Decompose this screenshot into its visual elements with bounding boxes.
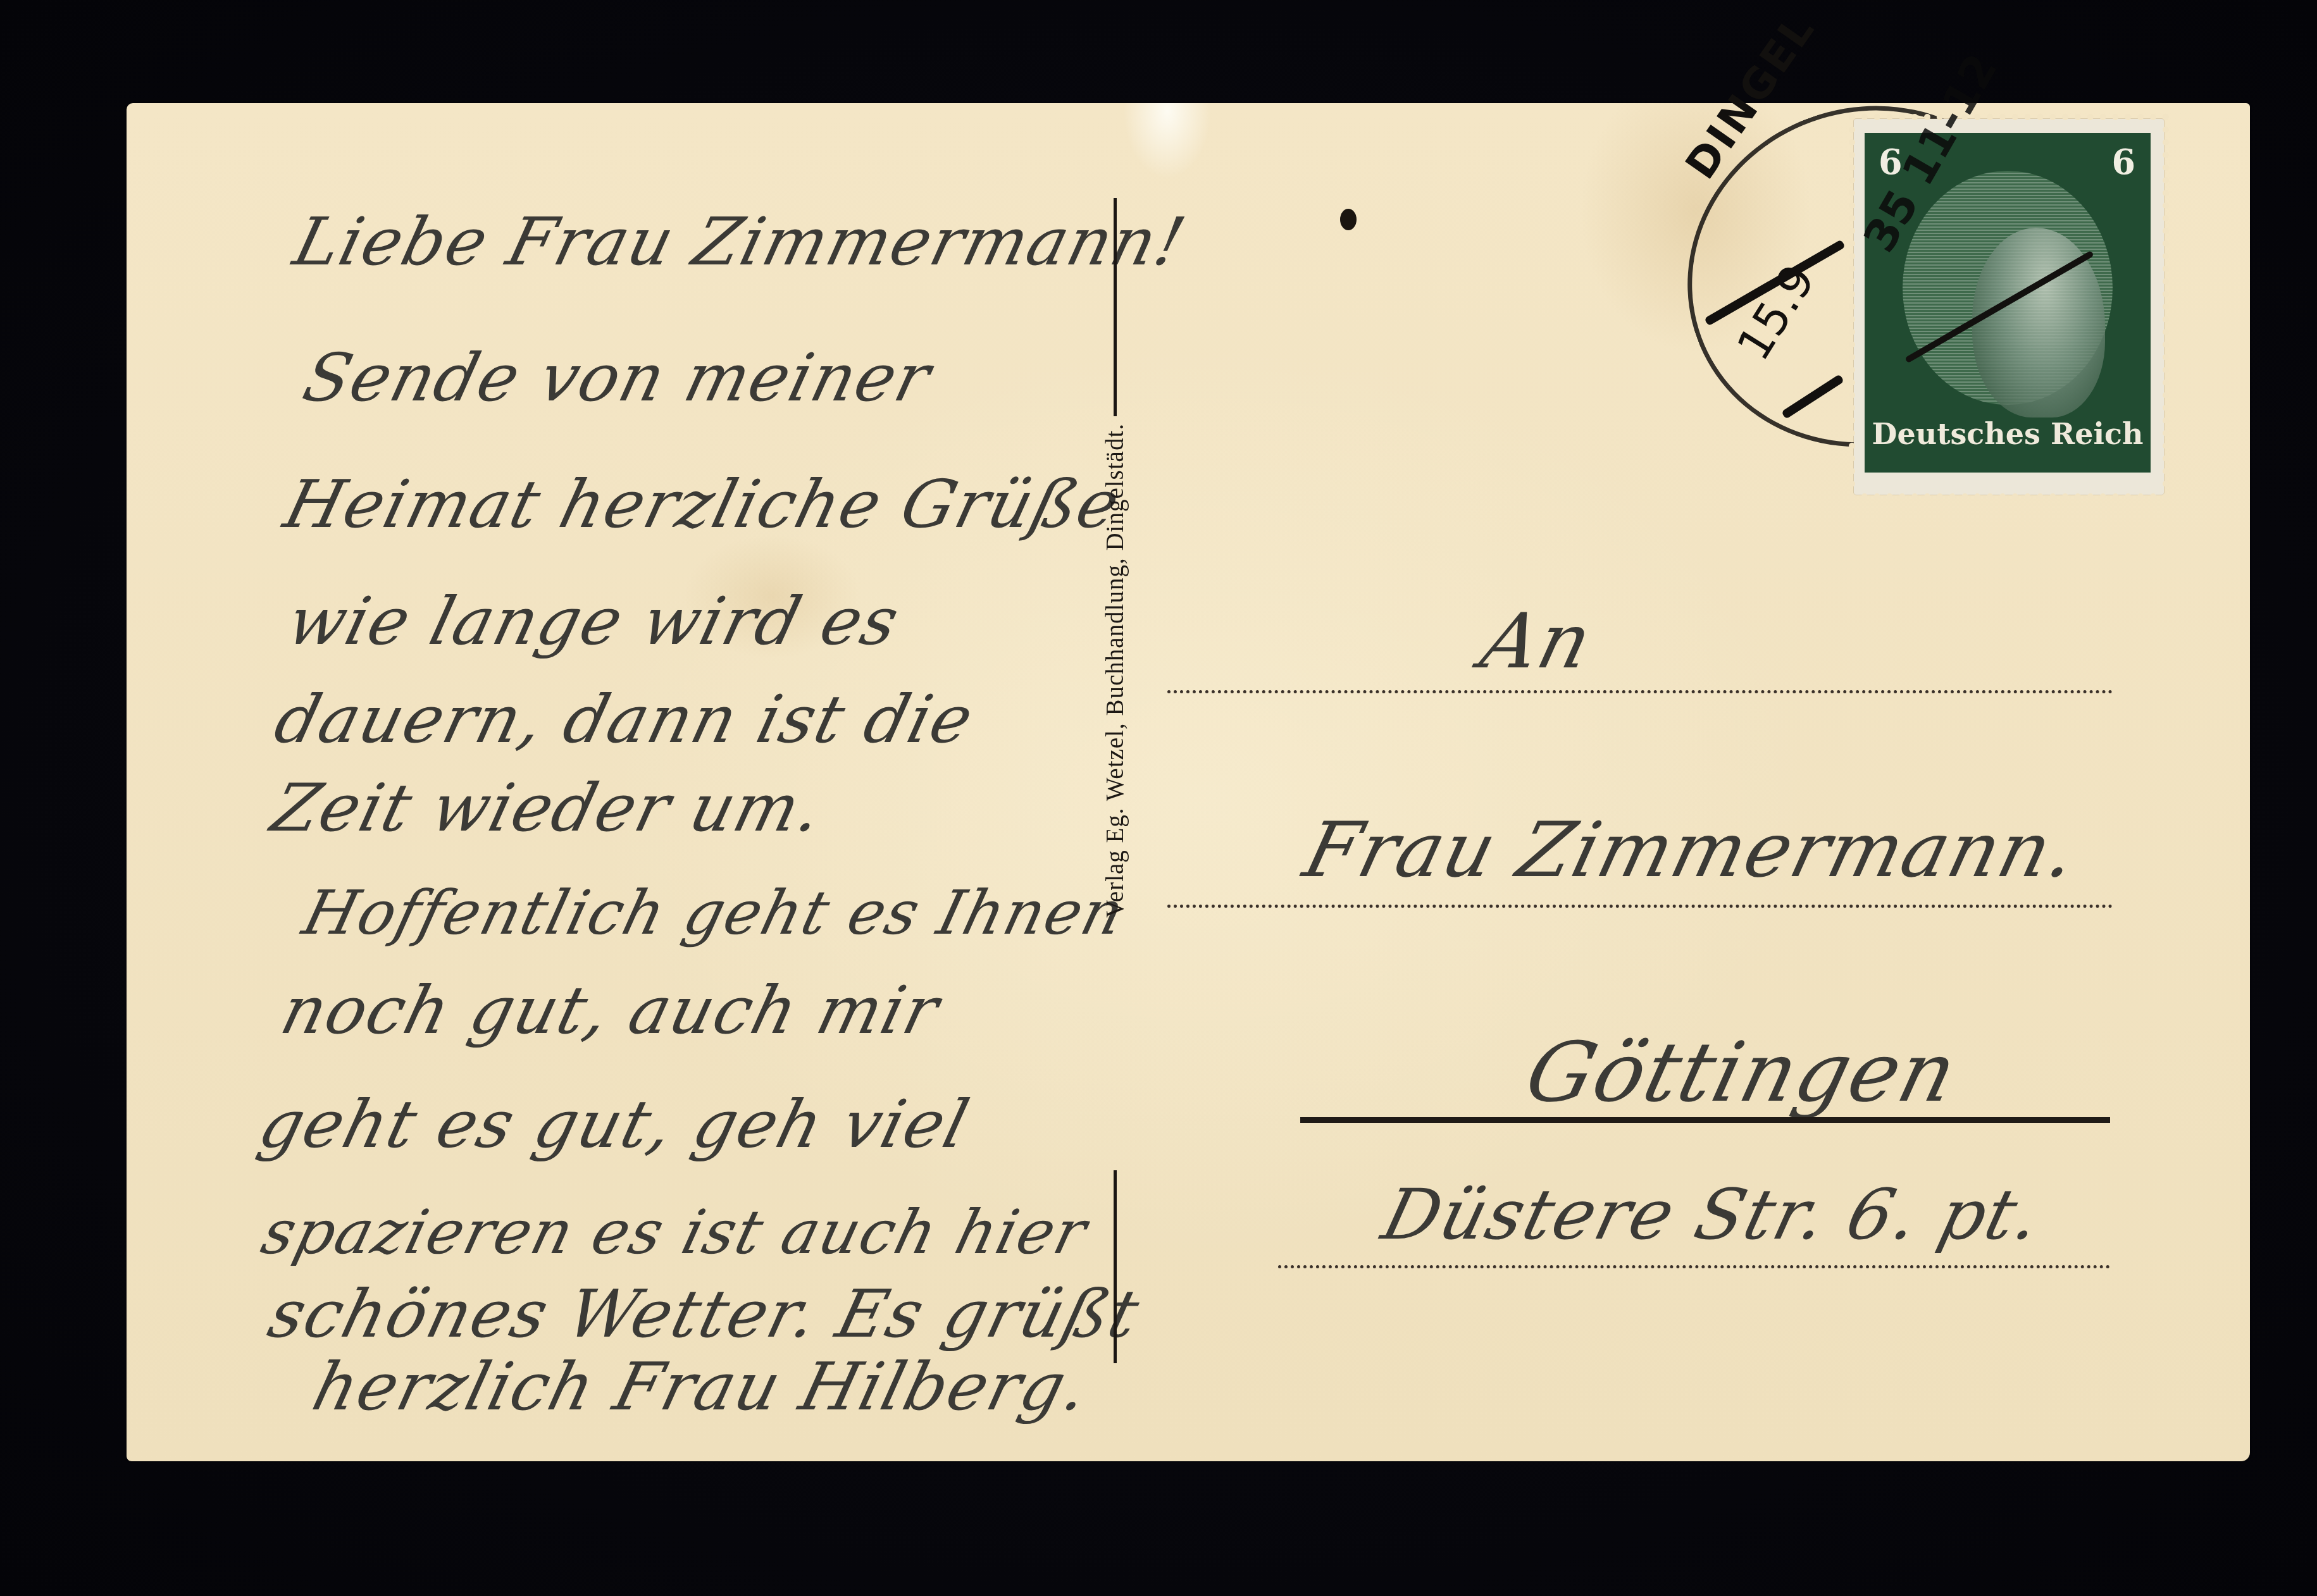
address-line-2: Frau Zimmermann. xyxy=(1297,813,2085,889)
message-line-11: schönes Wetter. Es grüßt xyxy=(263,1281,1146,1347)
address-rule-3-city xyxy=(1300,1117,2110,1123)
stamp-country: Deutsches Reich xyxy=(1865,417,2151,451)
message-line-12: herzlich Frau Hilberg. xyxy=(307,1354,1095,1420)
address-line-1: An xyxy=(1474,604,1600,680)
message-line-7: Hoffentlich geht es Ihnen xyxy=(297,882,1131,943)
address-rule-2 xyxy=(1167,905,2113,908)
publisher-imprint: Verlag Eg. Wetzel, Buchhandlung, Dingels… xyxy=(1101,423,1129,918)
scan-background: Liebe Frau Zimmermann! Sende von meiner … xyxy=(0,0,2317,1596)
message-line-5: dauern, dann ist die xyxy=(269,686,980,752)
message-line-2: Sende von meiner xyxy=(297,345,938,411)
message-line-6: Zeit wieder um. xyxy=(266,775,829,841)
address-rule-1 xyxy=(1167,690,2113,693)
paper-crease xyxy=(1123,103,1212,179)
message-line-10: spazieren es ist auch hier xyxy=(256,1202,1093,1263)
divider-bottom xyxy=(1114,1170,1117,1363)
message-line-9: geht es gut, geh viel xyxy=(253,1091,976,1157)
stamp-denomination-right: 6 xyxy=(2111,142,2135,182)
message-line-8: noch gut, auch mir xyxy=(275,977,946,1043)
address-line-4: Düstere Str. 6. pt. xyxy=(1376,1180,2048,1249)
ink-blot xyxy=(1340,209,1357,230)
message-line-1: Liebe Frau Zimmermann! xyxy=(288,209,1192,275)
message-line-4: wie lange wird es xyxy=(282,588,906,654)
address-line-3: Göttingen xyxy=(1519,1031,1965,1113)
address-rule-4 xyxy=(1278,1265,2110,1268)
message-line-3: Heimat herzliche Grüße xyxy=(278,471,1127,537)
divider-top xyxy=(1114,198,1117,416)
stamp-portrait-oval xyxy=(1903,171,2113,405)
